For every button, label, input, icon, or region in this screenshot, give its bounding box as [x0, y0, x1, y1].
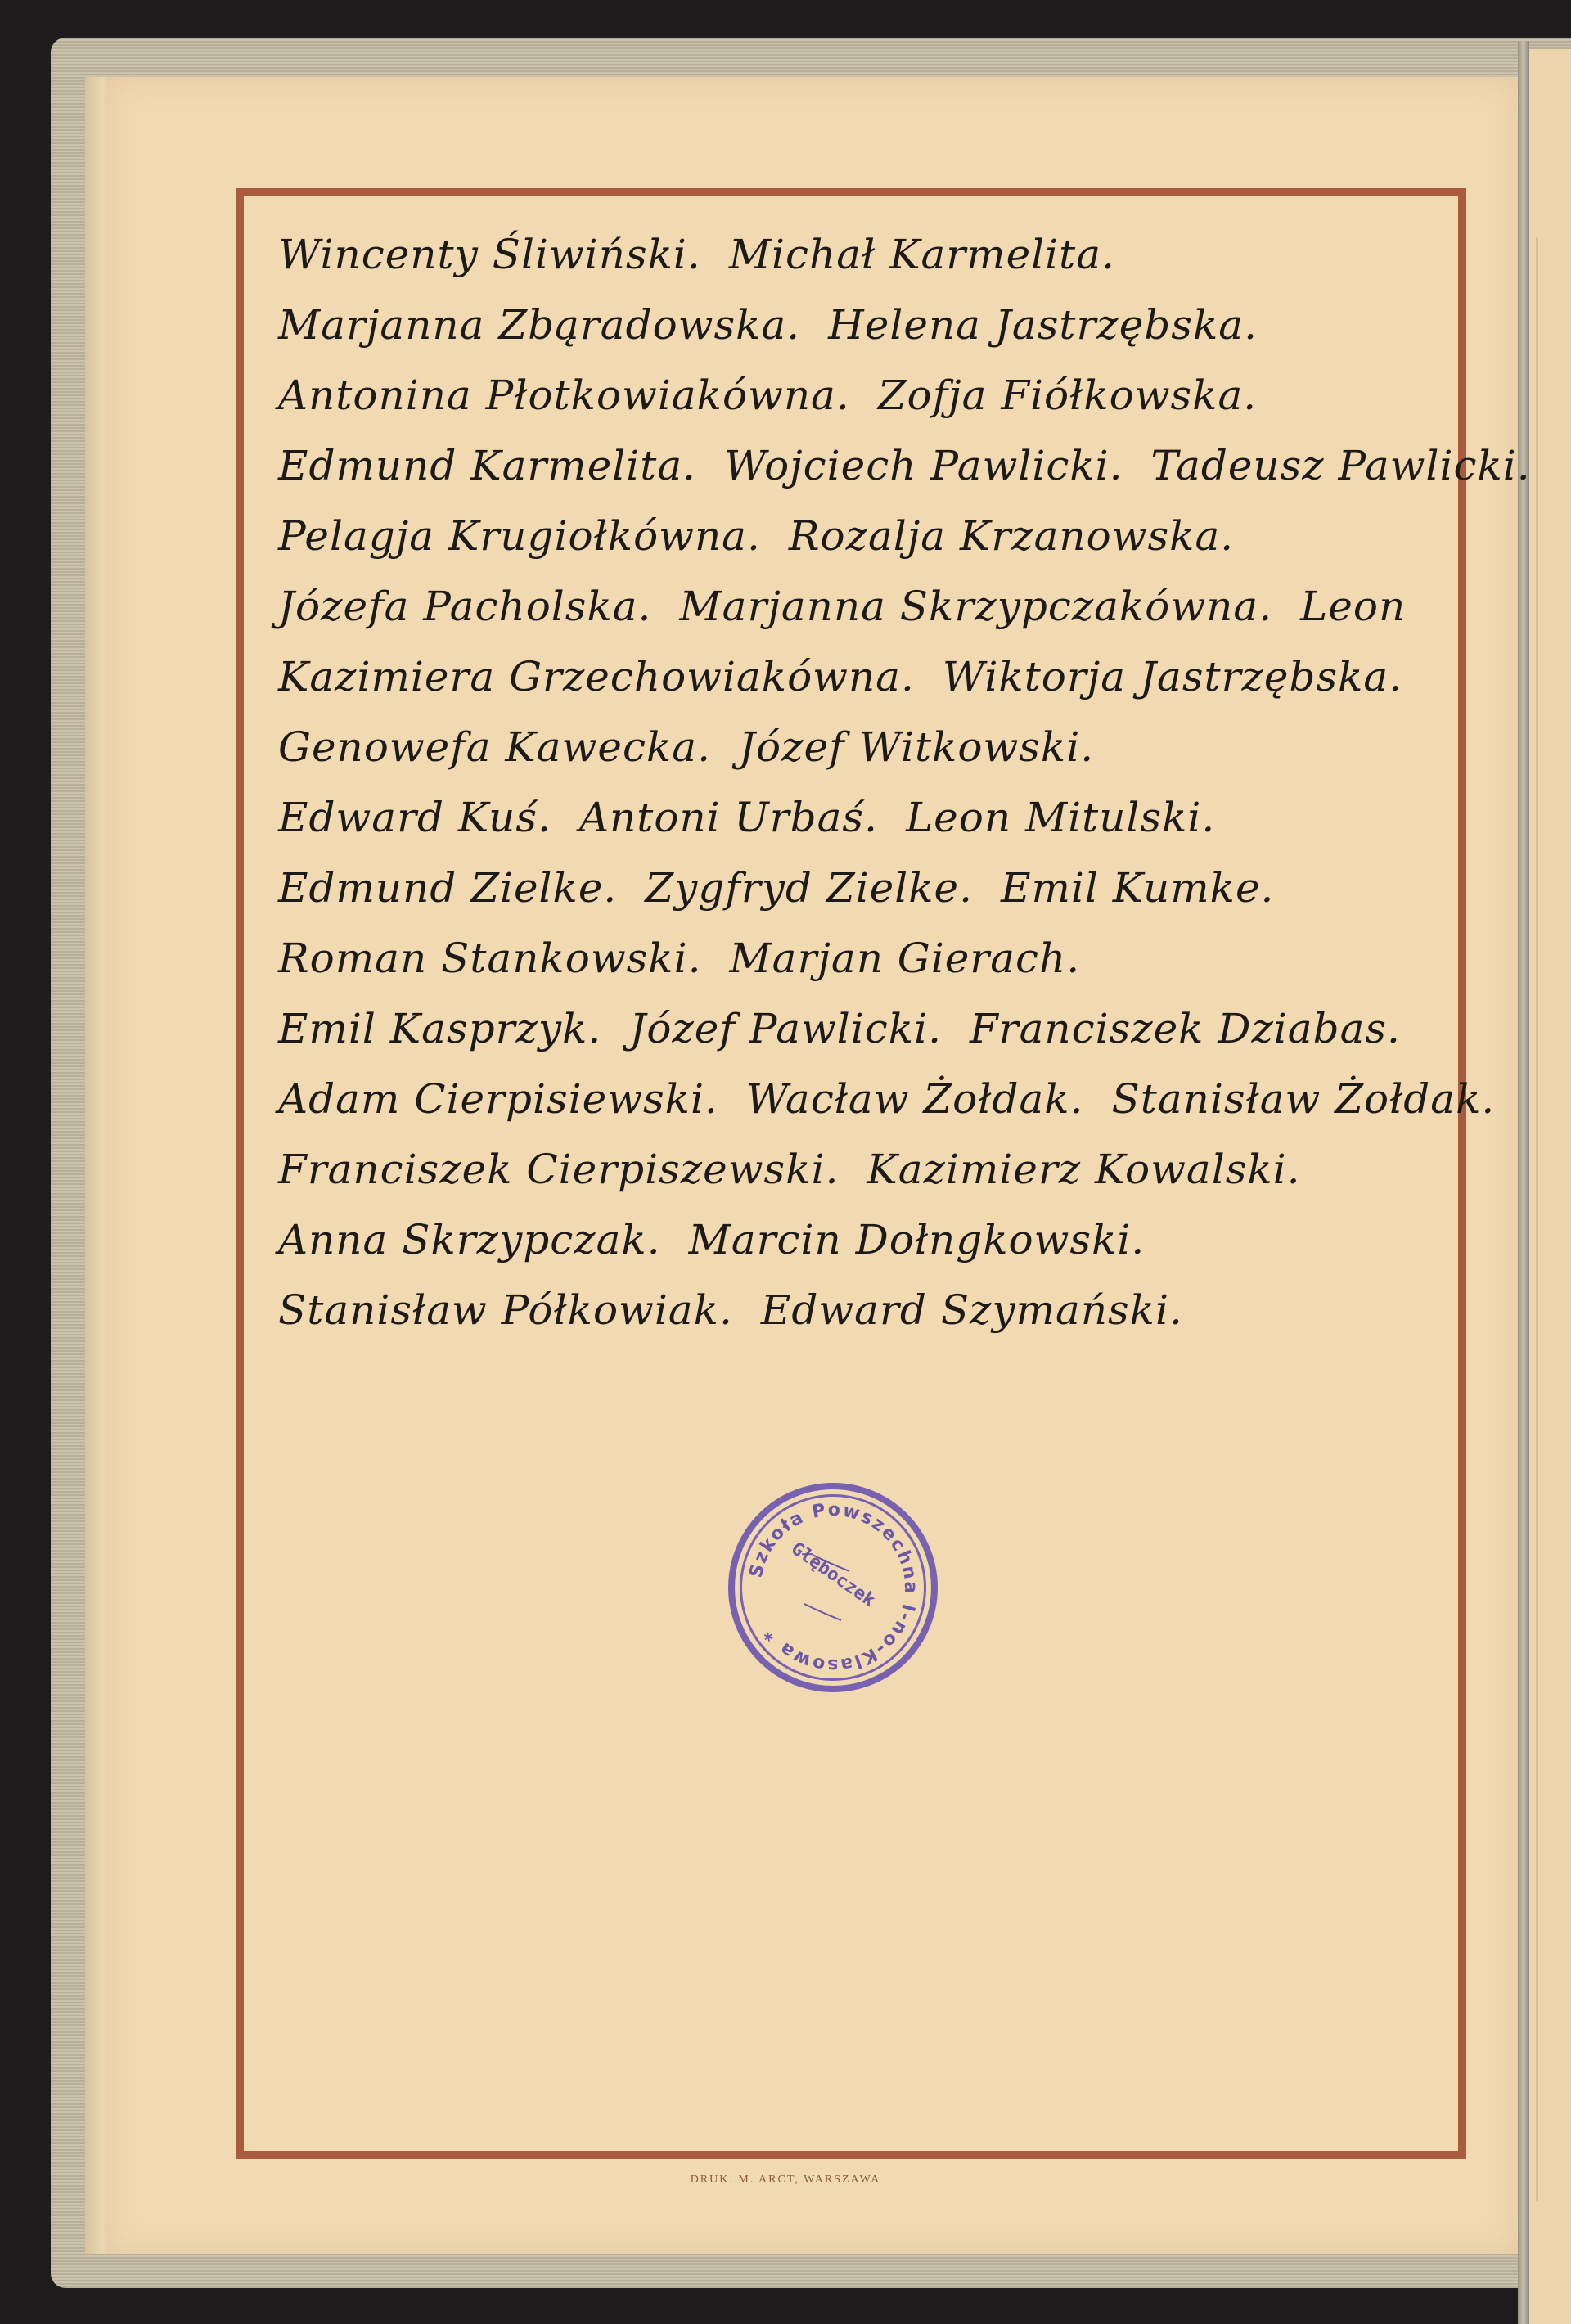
- printer-imprint: DRUK. M. ARCT, WARSZAWA: [0, 2173, 1571, 2187]
- name-entry: Józefa Pacholska.: [278, 583, 651, 630]
- name-entry: Edmund Zielke.: [278, 864, 617, 912]
- name-entry: Wojciech Pawlicki.: [724, 442, 1123, 489]
- name-line: Józefa Pacholska.Marjanna Skrzypczakówna…: [278, 571, 1456, 642]
- name-line: Pelagja Krugiołkówna.Rozalja Krzanowska.: [278, 501, 1456, 571]
- name-entry: Zygfryd Zielke.: [645, 864, 973, 912]
- name-entry: Zofja Fiółkowska.: [878, 372, 1257, 419]
- name-entry: Stanisław Półkowiak.: [278, 1286, 733, 1334]
- name-entry: Emil Kasprzyk.: [278, 1005, 601, 1052]
- name-entry: Edward Szymański.: [761, 1286, 1183, 1334]
- name-entry: Marjanna Skrzypczakówna.: [679, 583, 1272, 630]
- name-entry: Anna Skrzypczak.: [278, 1216, 661, 1263]
- name-entry: Pelagja Krugiołkówna.: [278, 512, 761, 560]
- name-entry: Rozalja Krzanowska.: [789, 512, 1234, 560]
- facing-page-edge: [1529, 49, 1571, 2324]
- name-line: Emil Kasprzyk.Józef Pawlicki.Franciszek …: [278, 993, 1456, 1064]
- name-line: Anna Skrzypczak.Marcin Dołngkowski.: [278, 1205, 1456, 1275]
- name-entry: Antoni Urbaś.: [579, 794, 878, 841]
- name-entry: Edmund Karmelita.: [278, 442, 696, 489]
- name-entry: Wincenty Śliwiński.: [278, 231, 701, 278]
- name-entry: Marjanna Zbąradowska.: [278, 301, 800, 349]
- name-entry: Adam Cierpisiewski.: [278, 1075, 718, 1123]
- name-line: Antonina Płotkowiakówna.Zofja Fiółkowska…: [278, 360, 1456, 430]
- name-entry: Józef Witkowski.: [739, 723, 1094, 771]
- name-line: Edmund Karmelita.Wojciech Pawlicki.Tadeu…: [278, 430, 1456, 501]
- name-entry: Tadeusz Pawlicki.: [1151, 442, 1531, 489]
- name-entry: Edward Kuś.: [278, 794, 551, 841]
- name-entry: Kazimierz Kowalski.: [867, 1146, 1300, 1193]
- name-line: Roman Stankowski.Marjan Gierach.: [278, 923, 1456, 993]
- name-line: Genowefa Kawecka.Józef Witkowski.: [278, 712, 1456, 782]
- name-entry: Franciszek Cierpiszewski.: [278, 1146, 839, 1193]
- name-entry: Michał Karmelita.: [729, 231, 1115, 278]
- name-entry: Antonina Płotkowiakówna.: [278, 372, 850, 419]
- name-entry: Roman Stankowski.: [278, 935, 701, 982]
- name-entry: Wacław Żołdak.: [746, 1075, 1084, 1123]
- name-line: Adam Cierpisiewski.Wacław Żołdak.Stanisł…: [278, 1064, 1456, 1134]
- school-stamp: Szkoła Powszechna I-no-Klasowa * Głębocz…: [728, 1483, 938, 1692]
- name-line: Franciszek Cierpiszewski.Kazimierz Kowal…: [278, 1134, 1456, 1205]
- name-entry: Stanisław Żołdak.: [1112, 1075, 1496, 1123]
- name-line: Kazimiera Grzechowiakówna.Wiktorja Jastr…: [278, 642, 1456, 712]
- name-line: Edward Kuś.Antoni Urbaś.Leon Mitulski.: [278, 782, 1456, 853]
- name-entry: Józef Pawlicki.: [629, 1005, 942, 1052]
- name-entry: Leon: [1300, 583, 1406, 630]
- book-gutter: [1518, 41, 1529, 2324]
- names-list: Wincenty Śliwiński.Michał Karmelita. Mar…: [278, 219, 1456, 1345]
- name-entry: Franciszek Dziabas.: [970, 1005, 1401, 1052]
- name-line: Stanisław Półkowiak.Edward Szymański.: [278, 1275, 1456, 1345]
- name-entry: Kazimiera Grzechowiakówna.: [278, 653, 915, 700]
- name-line: Marjanna Zbąradowska.Helena Jastrzębska.: [278, 290, 1456, 360]
- name-entry: Wiktorja Jastrzębska.: [943, 653, 1402, 700]
- name-entry: Genowefa Kawecka.: [278, 723, 711, 771]
- name-entry: Helena Jastrzębska.: [828, 301, 1258, 349]
- name-entry: Marjan Gierach.: [729, 935, 1080, 982]
- name-entry: Marcin Dołngkowski.: [689, 1216, 1146, 1263]
- name-line: Wincenty Śliwiński.Michał Karmelita.: [278, 219, 1456, 290]
- name-entry: Leon Mitulski.: [906, 794, 1215, 841]
- name-entry: Emil Kumke.: [1001, 864, 1274, 912]
- name-line: Edmund Zielke.Zygfryd Zielke.Emil Kumke.: [278, 853, 1456, 923]
